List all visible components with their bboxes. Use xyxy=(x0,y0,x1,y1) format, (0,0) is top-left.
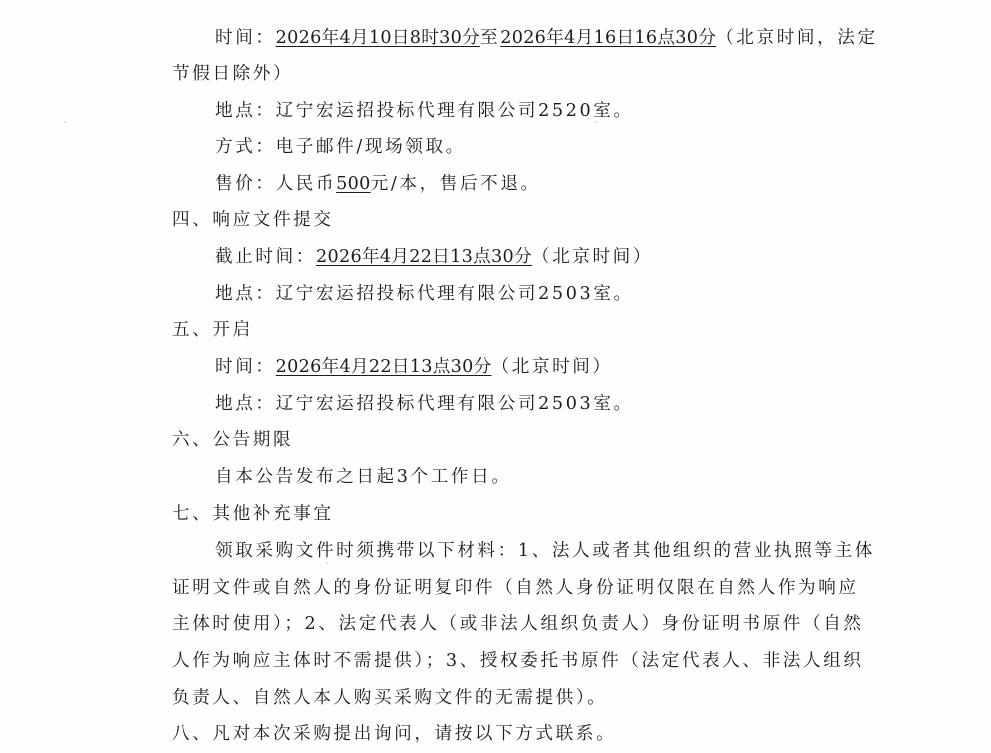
price-label: 售价：人民币 xyxy=(215,174,336,194)
obtain-time-note-line: 节假日除外） xyxy=(172,62,293,86)
time-note-continued: 节假日除外） xyxy=(172,64,293,84)
supplement-paragraph-line: 负责人、自然人本人购买采购文件的无需提供）。 xyxy=(172,686,607,710)
time-start-value: 2026年4月10日8时30分 xyxy=(276,28,480,48)
price-suffix: 元/本，售后不退。 xyxy=(371,174,541,194)
opening-time-note: （北京时间） xyxy=(492,357,613,377)
supplement-paragraph-line: 证明文件或自然人的身份证明复印件（自然人身份证明仅限在自然人作为响应 xyxy=(172,576,859,600)
notice-period-line: 自本公告发布之日起3个工作日。 xyxy=(215,465,512,489)
obtain-location-line: 地点：辽宁宏运招投标代理有限公司2520室。 xyxy=(215,99,634,123)
opening-location-line: 地点：辽宁宏运招投标代理有限公司2503室。 xyxy=(215,392,634,416)
time-end-value: 2026年4月16日16点30分 xyxy=(500,28,716,48)
section-6-heading: 六、公告期限 xyxy=(172,428,293,452)
obtain-time-line: 时间：2026年4月10日8时30分至2026年4月16日16点30分（北京时间… xyxy=(215,26,878,50)
section-7-heading: 七、其他补充事宜 xyxy=(172,502,334,526)
document-page: 时间：2026年4月10日8时30分至2026年4月16日16点30分（北京时间… xyxy=(0,0,991,753)
deadline-label: 截止时间： xyxy=(215,247,316,267)
opening-time-line: 时间：2026年4月22日13点30分（北京时间） xyxy=(215,355,613,379)
supplement-paragraph-line: 领取采购文件时须携带以下材料：1、法人或者其他组织的营业执照等主体 xyxy=(215,539,875,563)
price-line: 售价：人民币500元/本，售后不退。 xyxy=(215,172,541,196)
supplement-paragraph-line: 人作为响应主体时不需提供）；3、授权委托书原件（法定代表人、非法人组织 xyxy=(172,649,864,673)
obtain-method-line: 方式：电子邮件/现场领取。 xyxy=(215,135,466,159)
price-value: 500 xyxy=(336,174,370,194)
time-to: 至 xyxy=(480,28,500,48)
submission-location-line: 地点：辽宁宏运招投标代理有限公司2503室。 xyxy=(215,282,634,306)
section-5-heading: 五、开启 xyxy=(172,318,253,342)
section-4-heading: 四、响应文件提交 xyxy=(172,208,334,232)
opening-time-label: 时间： xyxy=(215,357,276,377)
deadline-value: 2026年4月22日13点30分 xyxy=(316,247,532,267)
submission-deadline-line: 截止时间：2026年4月22日13点30分（北京时间） xyxy=(215,245,653,269)
time-note: （北京时间，法定 xyxy=(716,28,878,48)
opening-time-value: 2026年4月22日13点30分 xyxy=(276,357,492,377)
time-label: 时间： xyxy=(215,28,276,48)
section-8-heading: 八、凡对本次采购提出询问，请按以下方式联系。 xyxy=(172,722,616,746)
supplement-paragraph-line: 主体时使用）；2、法定代表人（或非法人组织负责人）身份证明书原件（自然 xyxy=(172,612,864,636)
deadline-note: （北京时间） xyxy=(532,247,653,267)
scan-speck xyxy=(64,121,66,123)
